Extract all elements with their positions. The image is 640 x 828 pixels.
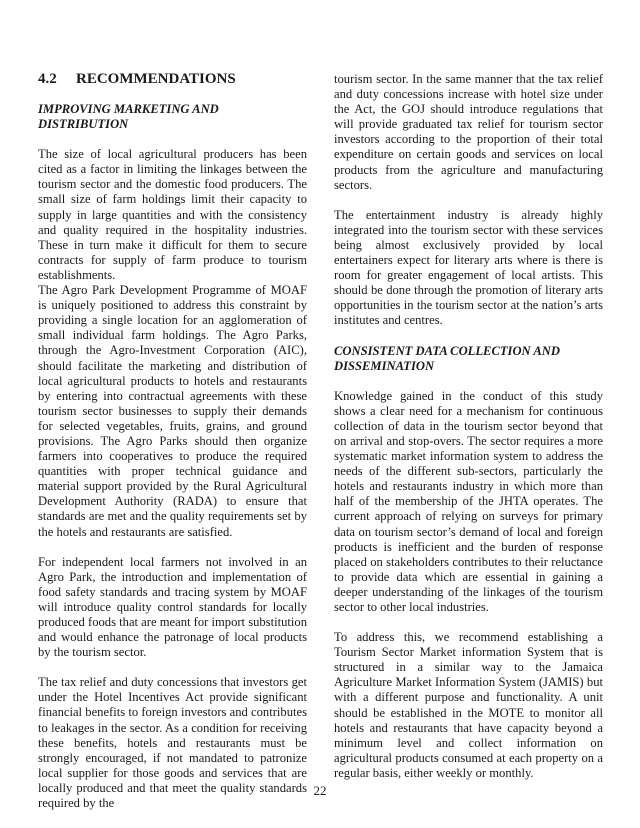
paragraph-entertainment: The entertainment industry is already hi… bbox=[334, 208, 603, 329]
right-column: tourism sector. In the same manner that … bbox=[334, 72, 603, 796]
paragraph-graduated-tax: tourism sector. In the same manner that … bbox=[334, 72, 603, 193]
subheading-marketing: IMPROVING MARKETING AND DISTRIBUTION bbox=[38, 102, 307, 132]
subheading-data-collection: CONSISTENT DATA COLLECTION AND DISSEMINA… bbox=[334, 344, 603, 374]
section-number: 4.2 bbox=[38, 70, 76, 88]
section-title: RECOMMENDATIONS bbox=[76, 71, 236, 87]
left-column: 4.2RECOMMENDATIONS IMPROVING MARKETING A… bbox=[38, 70, 307, 826]
paragraph-agro-park: The Agro Park Development Programme of M… bbox=[38, 283, 307, 540]
section-heading: 4.2RECOMMENDATIONS bbox=[38, 70, 307, 88]
page-number: 22 bbox=[0, 783, 640, 799]
paragraph-producer-size: The size of local agricultural producers… bbox=[38, 147, 307, 283]
paragraph-independent-farmers: For independent local farmers not involv… bbox=[38, 555, 307, 661]
paragraph-knowledge: Knowledge gained in the conduct of this … bbox=[334, 389, 603, 615]
paragraph-market-info-system: To address this, we recommend establishi… bbox=[334, 630, 603, 781]
